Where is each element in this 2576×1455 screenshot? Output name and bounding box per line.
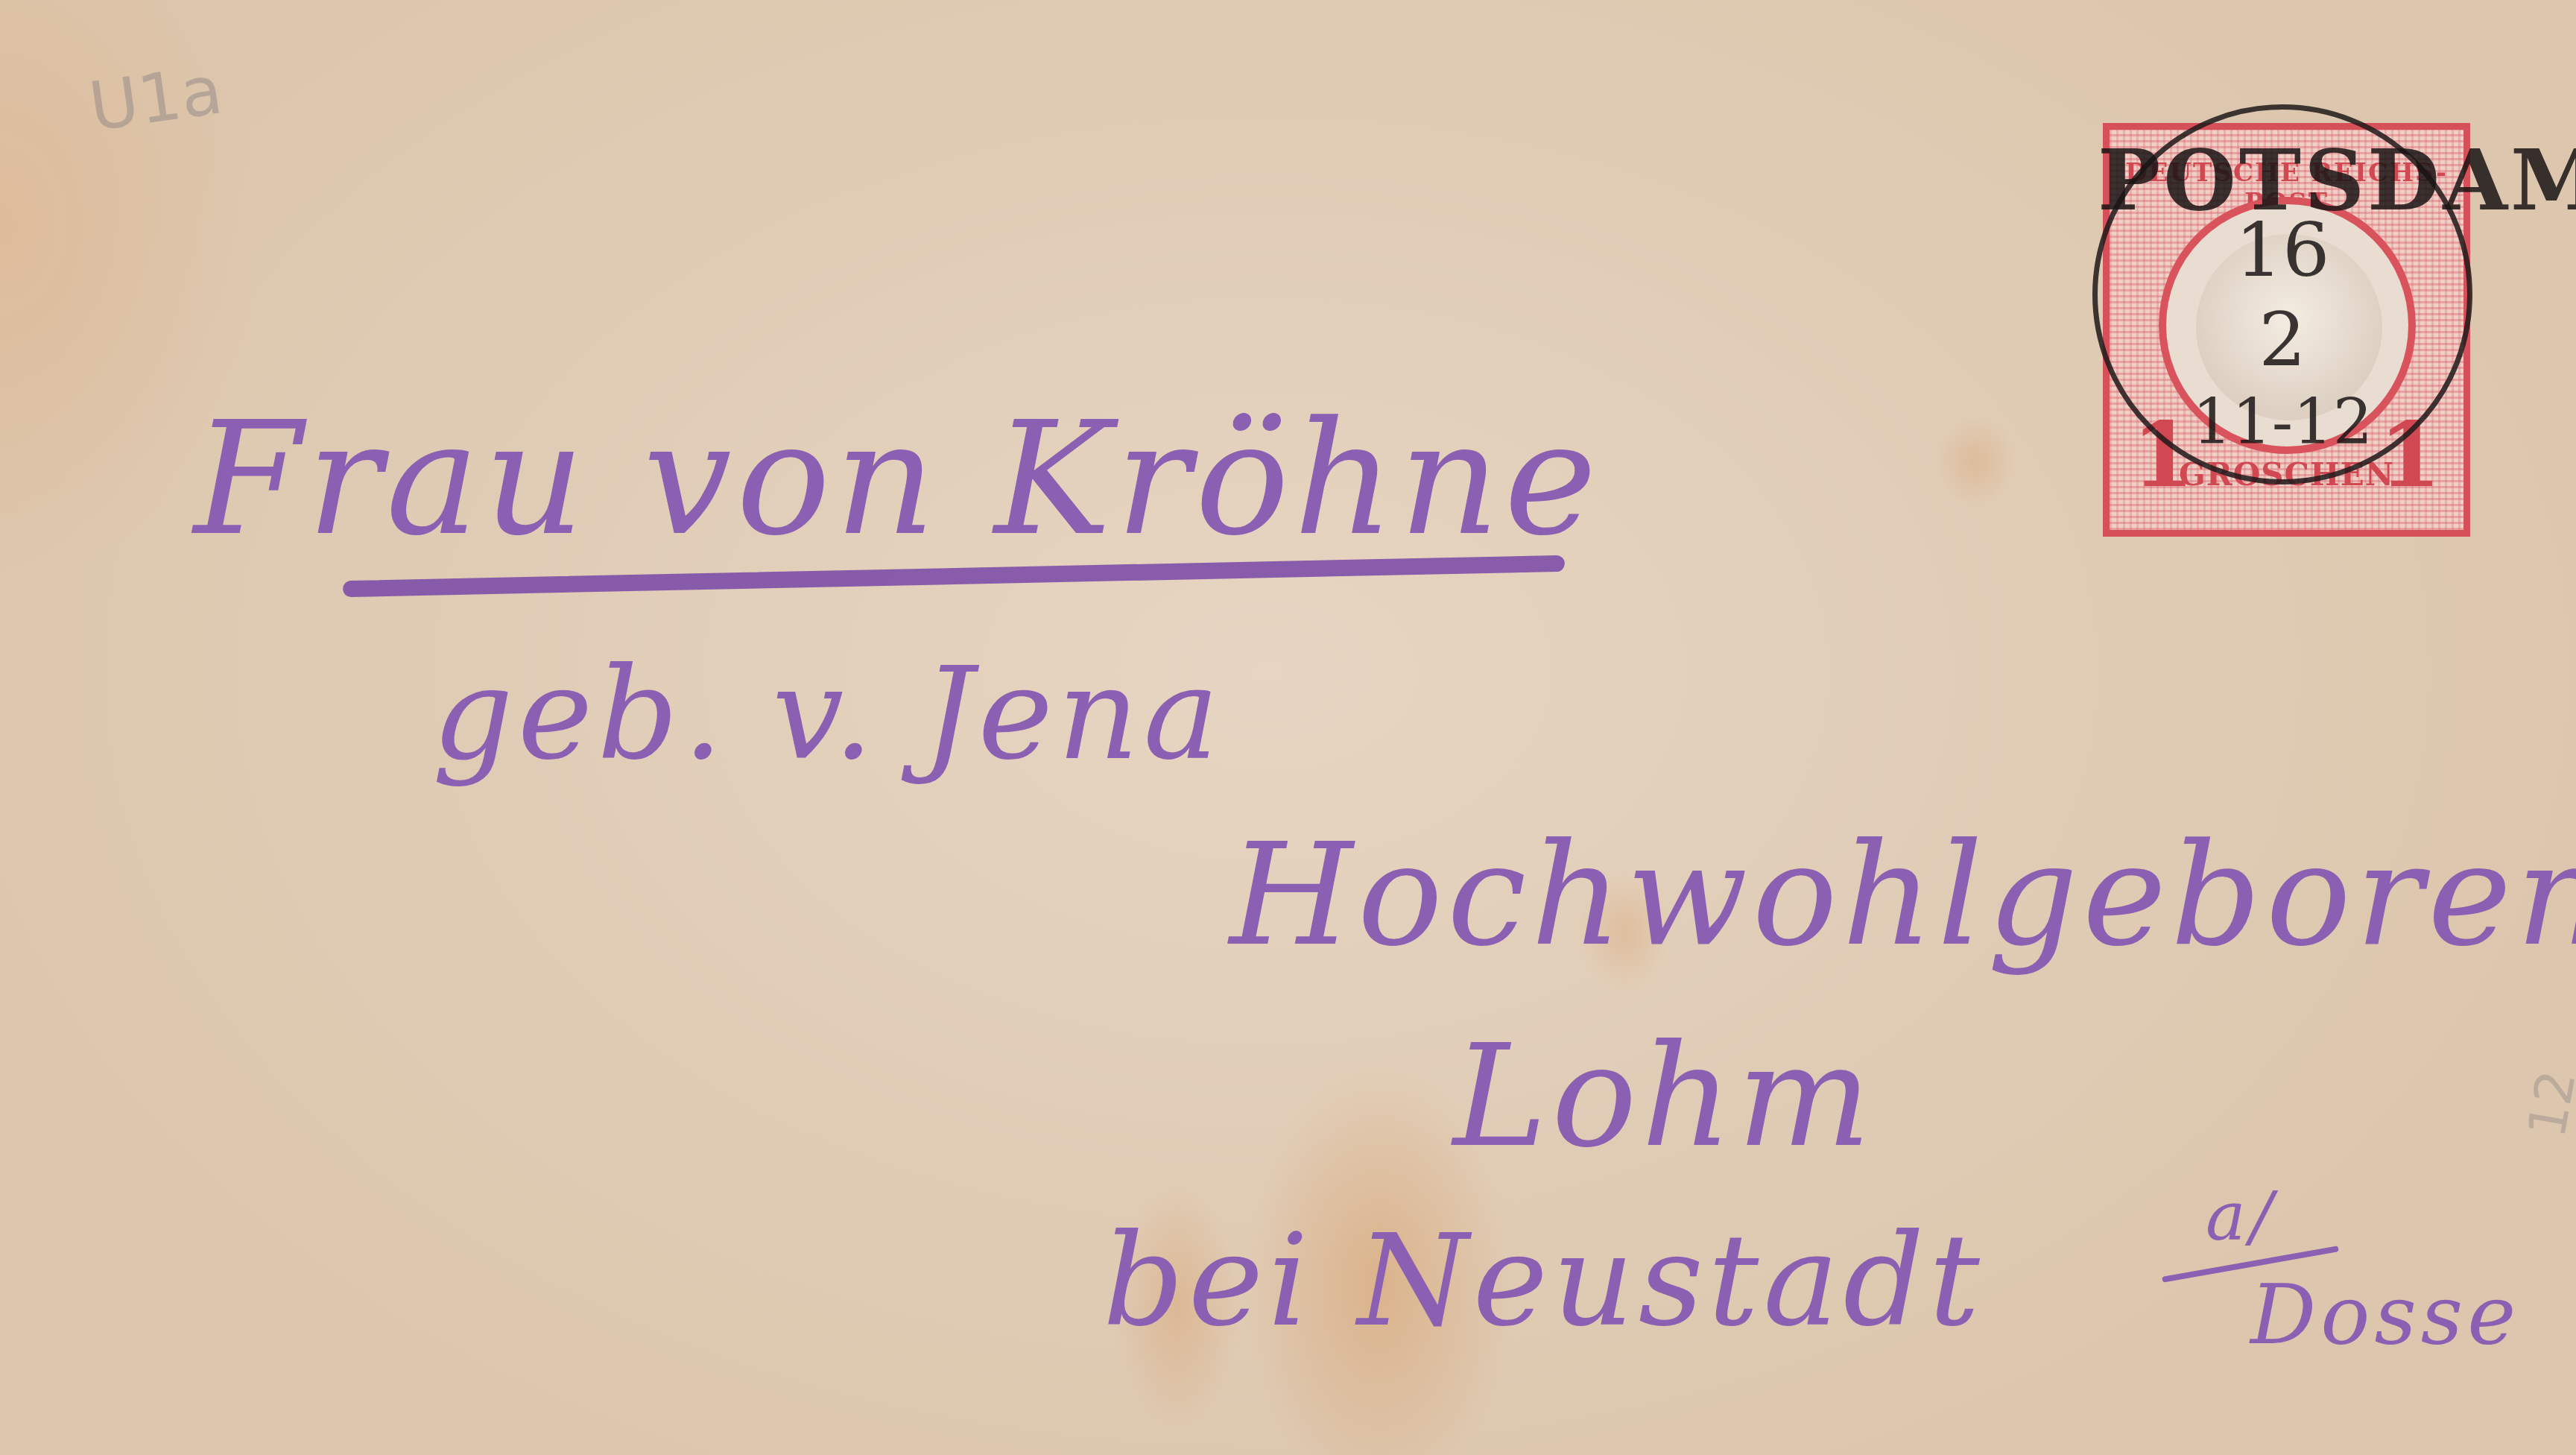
- address-line-4: Lohm: [1453, 1014, 1876, 1178]
- postmark-day: 16: [2098, 206, 2467, 294]
- address-line-5-superscript: a/: [2206, 1178, 2277, 1256]
- postmark-month: 2: [2098, 296, 2467, 383]
- postmark-cancel: POTSDAM 16 2 11-12: [2092, 104, 2472, 485]
- pencil-side-note: 12: [2516, 1066, 2576, 1142]
- postmark-time: 11-12: [2098, 385, 2467, 458]
- address-line-1: Frau von Kröhne: [194, 388, 1601, 570]
- address-line-5-subscript: Dosse: [2250, 1267, 2520, 1363]
- address-line-2: geb. v. Jena: [432, 641, 1224, 789]
- address-line-5: bei Neustadt: [1103, 1208, 1984, 1355]
- address-line-3: Hochwohlgeboren: [1230, 812, 2576, 977]
